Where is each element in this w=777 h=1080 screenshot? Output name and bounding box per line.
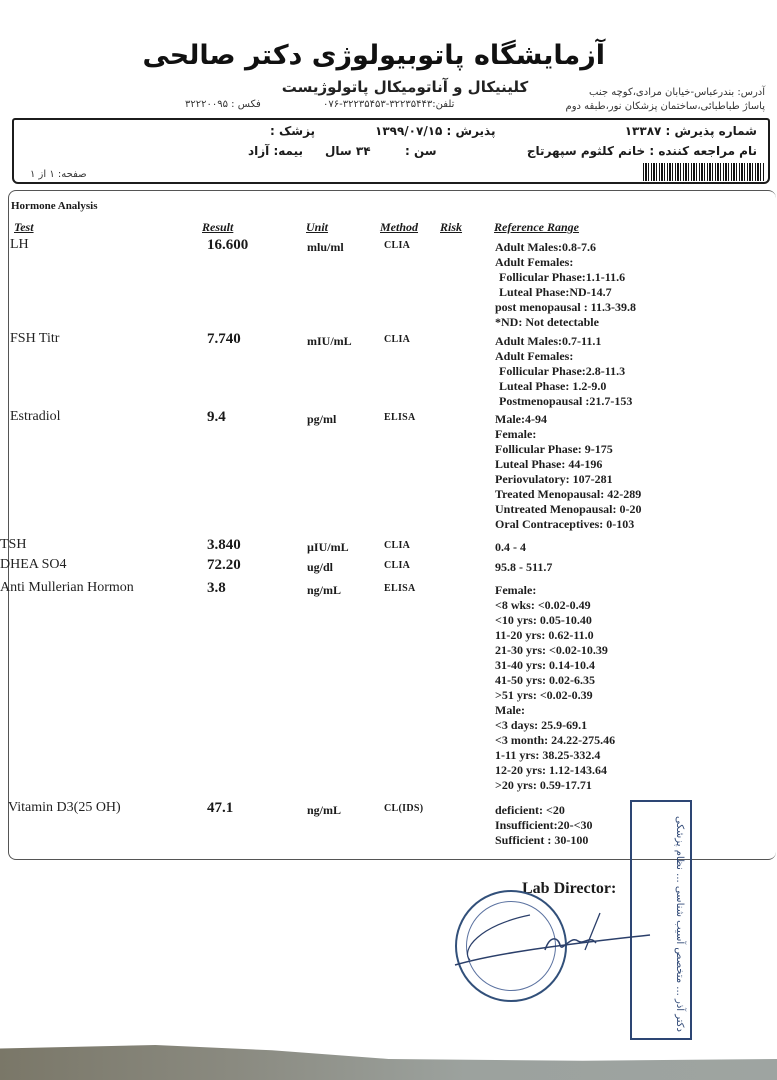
reference-line: 95.8 - 511.7 [495,560,552,575]
reference-line: 21-30 yrs: <0.02-10.39 [495,643,615,658]
reference-line: >20 yrs: 0.59-17.71 [495,778,615,793]
test-method: ELISA [384,583,416,594]
test-result: 16.600 [207,237,248,254]
results-box [8,190,776,860]
barcode [643,163,765,181]
reference-line: Adult Females: [495,255,636,270]
reference-line: Luteal Phase: 1.2-9.0 [495,379,632,394]
test-result: 3.840 [207,537,241,554]
lab-subtitle: کلینیکال و آناتومیکال پاتولوژیست [245,78,565,96]
reference-line: Male: [495,703,615,718]
test-unit: mlu/ml [307,240,344,255]
reference-range: Female:<8 wks: <0.02-0.49<10 yrs: 0.05-1… [495,583,615,793]
reference-line: 12-20 yrs: 1.12-143.64 [495,763,615,778]
reference-line: Adult Males:0.8-7.6 [495,240,636,255]
reference-line: 41-50 yrs: 0.02-6.35 [495,673,615,688]
admission-date: پذیرش : ۱۳۹۹/۰۷/۱۵ [375,124,495,138]
test-method: CLIA [384,540,410,551]
column-header-unit: Unit [306,220,328,235]
column-header-risk: Risk [440,220,462,235]
reference-range: Adult Males:0.8-7.6Adult Females: Follic… [495,240,636,330]
admission-number: شماره پذیرش : ۱۳۳۸۷ [625,124,757,138]
reference-line: Treated Menopausal: 42-289 [495,487,641,502]
reference-line: Luteal Phase: 44-196 [495,457,641,472]
reference-line: Female: [495,427,641,442]
test-name: LH [10,237,29,253]
test-unit: ng/mL [307,803,341,818]
column-header-test: Test [14,220,34,235]
test-method: CLIA [384,560,410,571]
test-result: 3.8 [207,580,226,597]
test-unit: pg/ml [307,412,336,427]
reference-line: Periovulatory: 107-281 [495,472,641,487]
reference-line: 31-40 yrs: 0.14-10.4 [495,658,615,673]
reference-line: Oral Contraceptives: 0-103 [495,517,641,532]
test-unit: ug/dl [307,560,333,575]
reference-line: Female: [495,583,615,598]
reference-range: Male:4-94Female:Follicular Phase: 9-175L… [495,412,641,532]
test-result: 72.20 [207,557,241,574]
insurance: بیمه: آزاد [248,144,303,158]
lab-address-line2: پاساژ طباطبائی،ساختمان پزشکان نور،طبقه د… [566,101,765,112]
section-title: Hormone Analysis [11,200,97,212]
reference-line: 11-20 yrs: 0.62-11.0 [495,628,615,643]
test-name: Estradiol [10,409,61,425]
column-header-method: Method [380,220,418,235]
test-unit: ng/mL [307,583,341,598]
reference-line: Postmenopausal :21.7-153 [495,394,632,409]
test-method: CL(IDS) [384,803,423,814]
reference-line: <3 month: 24.22-275.46 [495,733,615,748]
reference-line: deficient: <20 [495,803,593,818]
reference-line: Sufficient : 30-100 [495,833,593,848]
reference-line: Male:4-94 [495,412,641,427]
patient-name: نام مراجعه کننده : خانم کلثوم سپهرتاج [527,144,757,158]
lab-name: آزمایشگاه پاتوبیولوژی دکتر صالحی [175,40,605,71]
test-name: DHEA SO4 [0,557,67,573]
test-method: CLIA [384,240,410,251]
age-label: سن : [405,144,437,158]
signature [450,905,660,975]
reference-line: Adult Males:0.7-11.1 [495,334,632,349]
test-result: 7.740 [207,331,241,348]
test-unit: µIU/mL [307,540,349,555]
test-method: CLIA [384,334,410,345]
reference-line: Insufficient:20-<30 [495,818,593,833]
reference-range: deficient: <20Insufficient:20-<30Suffici… [495,803,593,848]
reference-range: 0.4 - 4 [495,540,526,555]
reference-line: 1-11 yrs: 38.25-332.4 [495,748,615,763]
test-name: FSH Titr [10,331,59,347]
lab-phone: تلفن:۳۲۲۳۵۴۴۳-۳۲۲۳۵۴۵۳-۰۷۶ [323,99,454,110]
reference-line: <3 days: 25.9-69.1 [495,718,615,733]
reference-range: 95.8 - 511.7 [495,560,552,575]
test-name: Vitamin D3(25 OH) [8,800,121,816]
reference-line: 0.4 - 4 [495,540,526,555]
page-number: صفحه: ۱ از ۱ [30,169,87,180]
reference-line: Untreated Menopausal: 0-20 [495,502,641,517]
reference-line: Follicular Phase:1.1-11.6 [495,270,636,285]
lab-address-line1: آدرس: بندرعباس-خیابان مرادی،کوچه جنب [589,87,765,98]
reference-line: <8 wks: <0.02-0.49 [495,598,615,613]
reference-line: Adult Females: [495,349,632,364]
test-name: TSH [0,537,26,553]
reference-line: >51 yrs: <0.02-0.39 [495,688,615,703]
reference-line: *ND: Not detectable [495,315,636,330]
scan-shadow [0,1045,777,1080]
reference-line: Follicular Phase: 9-175 [495,442,641,457]
reference-range: Adult Males:0.7-11.1Adult Females: Folli… [495,334,632,409]
reference-line: <10 yrs: 0.05-10.40 [495,613,615,628]
test-name: Anti Mullerian Hormon [0,580,134,596]
physician: پزشک : [270,124,315,138]
reference-line: Follicular Phase:2.8-11.3 [495,364,632,379]
age-value: ۳۴ سال [325,144,371,158]
reference-line: post menopausal : 11.3-39.8 [495,300,636,315]
test-method: ELISA [384,412,416,423]
reference-line: Luteal Phase:ND-14.7 [495,285,636,300]
lab-fax: فکس : ۳۲۲۲۰۰۹۵ [185,99,261,110]
test-result: 47.1 [207,800,233,817]
test-unit: mIU/mL [307,334,352,349]
column-header-result: Result [202,220,233,235]
test-result: 9.4 [207,409,226,426]
column-header-reference: Reference Range [494,220,579,235]
